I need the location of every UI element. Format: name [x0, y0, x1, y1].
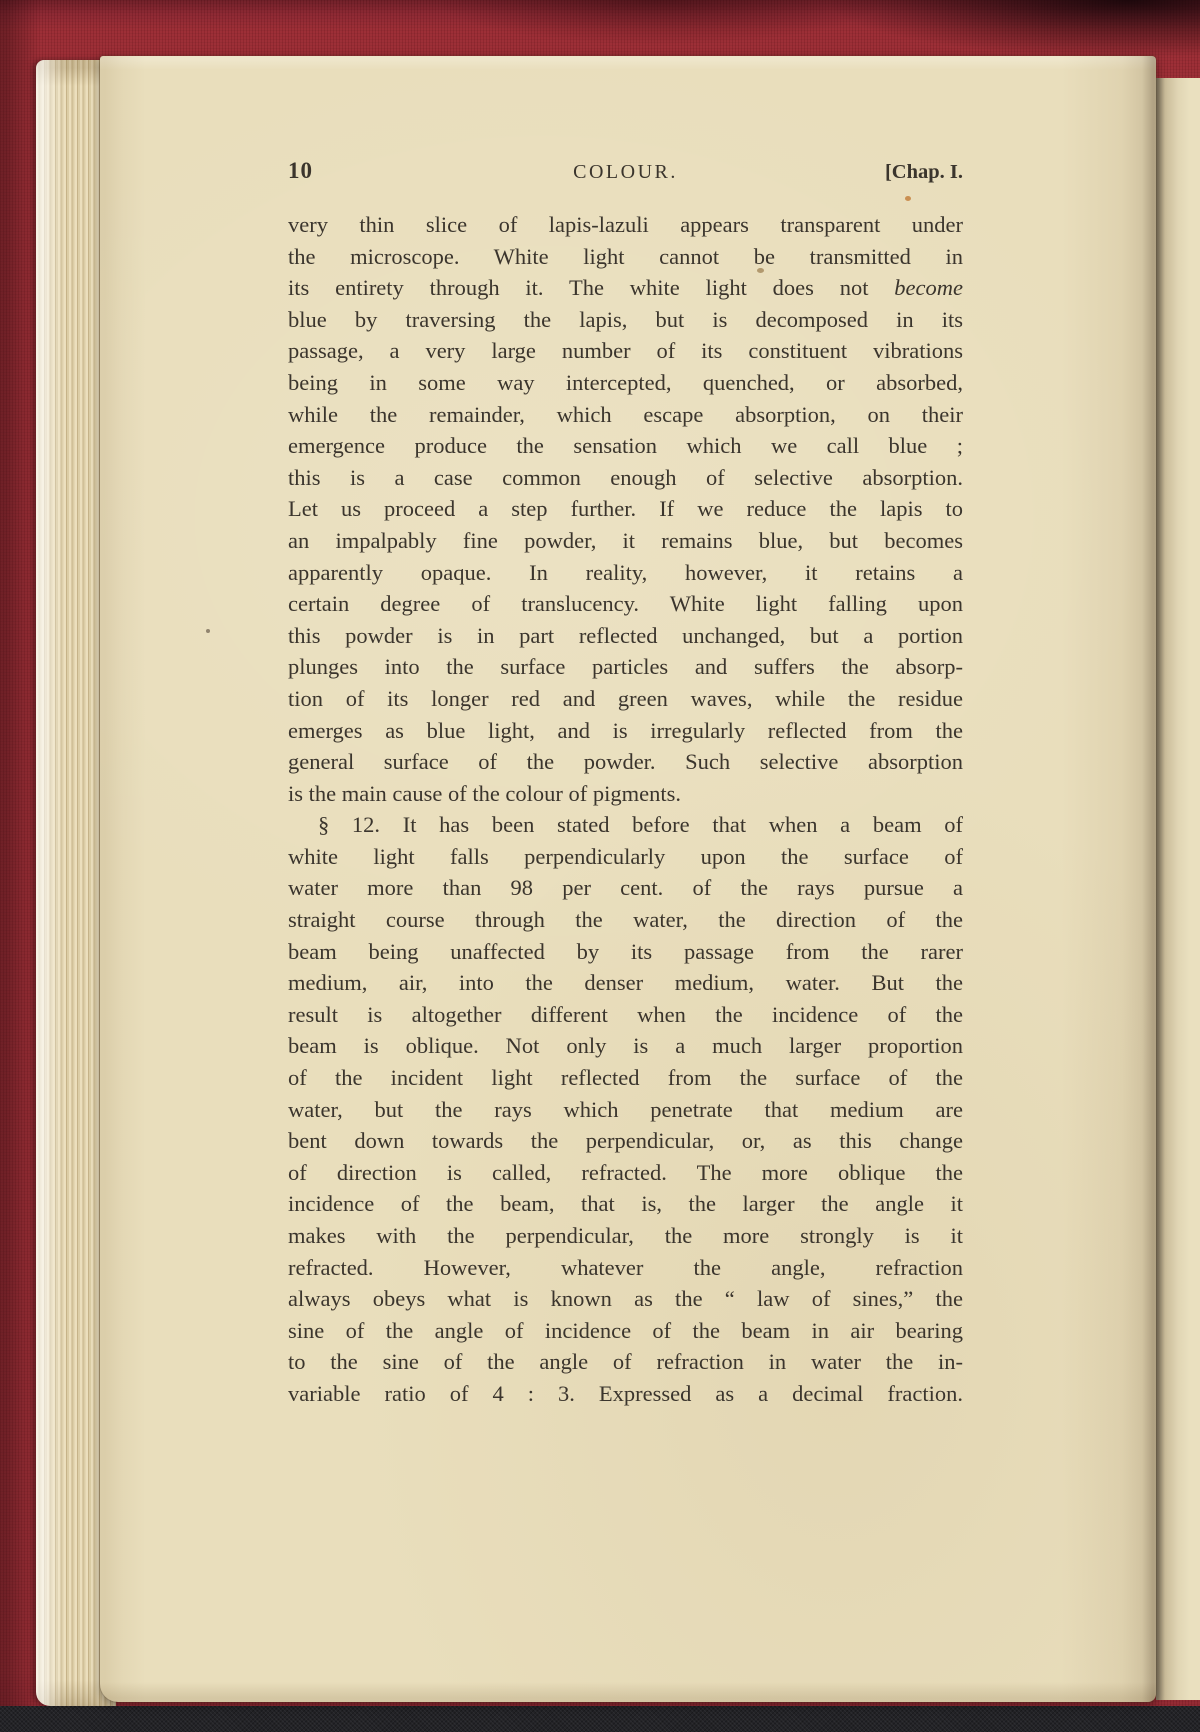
page-header: 10 COLOUR. [Chap. I. [288, 158, 963, 184]
text-line: very thin slice of lapis-lazuli appears … [288, 209, 963, 241]
text-line: being in some way intercepted, quenched,… [288, 367, 963, 399]
text-line: incidence of the beam, that is, the larg… [288, 1188, 963, 1220]
text-line: is the main cause of the colour of pigme… [288, 778, 963, 810]
paper-speck [905, 196, 911, 201]
page-body-text: very thin slice of lapis-lazuli appears … [288, 209, 963, 1410]
text-line: white light falls perpendicularly upon t… [288, 841, 963, 873]
text-segment: its entirety through it. The white light… [288, 275, 894, 300]
running-title: COLOUR. [493, 161, 759, 184]
text-line: medium, air, into the denser medium, wat… [288, 967, 963, 999]
paper-speck [757, 268, 764, 273]
text-line: tion of its longer red and green waves, … [288, 683, 963, 715]
text-line: general surface of the powder. Such sele… [288, 746, 963, 778]
book-scan: 10 COLOUR. [Chap. I. very thin slice of … [0, 0, 1200, 1732]
text-line: always obeys what is known as the “ law … [288, 1283, 963, 1315]
text-line: refracted. However, whatever the angle, … [288, 1252, 963, 1284]
text-line: result is altogether different when the … [288, 999, 963, 1031]
text-line: an impalpably fine powder, it remains bl… [288, 525, 963, 557]
page-content: 10 COLOUR. [Chap. I. very thin slice of … [288, 158, 963, 1410]
text-line: this powder is in part reflected unchang… [288, 620, 963, 652]
text-line: water, but the rays which penetrate that… [288, 1094, 963, 1126]
text-line: § 12. It has been stated before that whe… [288, 809, 963, 841]
text-line: sine of the angle of incidence of the be… [288, 1315, 963, 1347]
text-line: emergence produce the sensation which we… [288, 430, 963, 462]
text-line: bent down towards the perpendicular, or,… [288, 1125, 963, 1157]
paper-speck [206, 629, 210, 633]
text-line: passage, a very large number of its cons… [288, 335, 963, 367]
text-line: beam being unaffected by its passage fro… [288, 936, 963, 968]
text-line: of the incident light reflected from the… [288, 1062, 963, 1094]
bottom-cloth-strip [0, 1706, 1200, 1732]
text-line: this is a case common enough of selectiv… [288, 462, 963, 494]
italic-text: become [894, 275, 963, 300]
text-line: while the remainder, which escape absorp… [288, 399, 963, 431]
text-line: to the sine of the angle of refraction i… [288, 1346, 963, 1378]
text-line: emerges as blue light, and is irregularl… [288, 715, 963, 747]
text-line: blue by traversing the lapis, but is dec… [288, 304, 963, 336]
text-line: straight course through the water, the d… [288, 904, 963, 936]
text-line: the microscope. White light cannot be tr… [288, 241, 963, 273]
text-line: variable ratio of 4 : 3. Expressed as a … [288, 1378, 963, 1410]
text-line: certain degree of translucency. White li… [288, 588, 963, 620]
chapter-marker: [Chap. I. [758, 161, 963, 184]
text-line: Let us proceed a step further. If we red… [288, 493, 963, 525]
text-line: makes with the perpendicular, the more s… [288, 1220, 963, 1252]
page-number: 10 [288, 158, 493, 184]
text-line: of direction is called, refracted. The m… [288, 1157, 963, 1189]
text-line: apparently opaque. In reality, however, … [288, 557, 963, 589]
text-line: beam is oblique. Not only is a much larg… [288, 1030, 963, 1062]
facing-page-edge [1156, 78, 1200, 1700]
text-line: water more than 98 per cent. of the rays… [288, 872, 963, 904]
text-line: its entirety through it. The white light… [288, 272, 963, 304]
book-page: 10 COLOUR. [Chap. I. very thin slice of … [100, 56, 1156, 1702]
text-line: plunges into the surface particles and s… [288, 651, 963, 683]
